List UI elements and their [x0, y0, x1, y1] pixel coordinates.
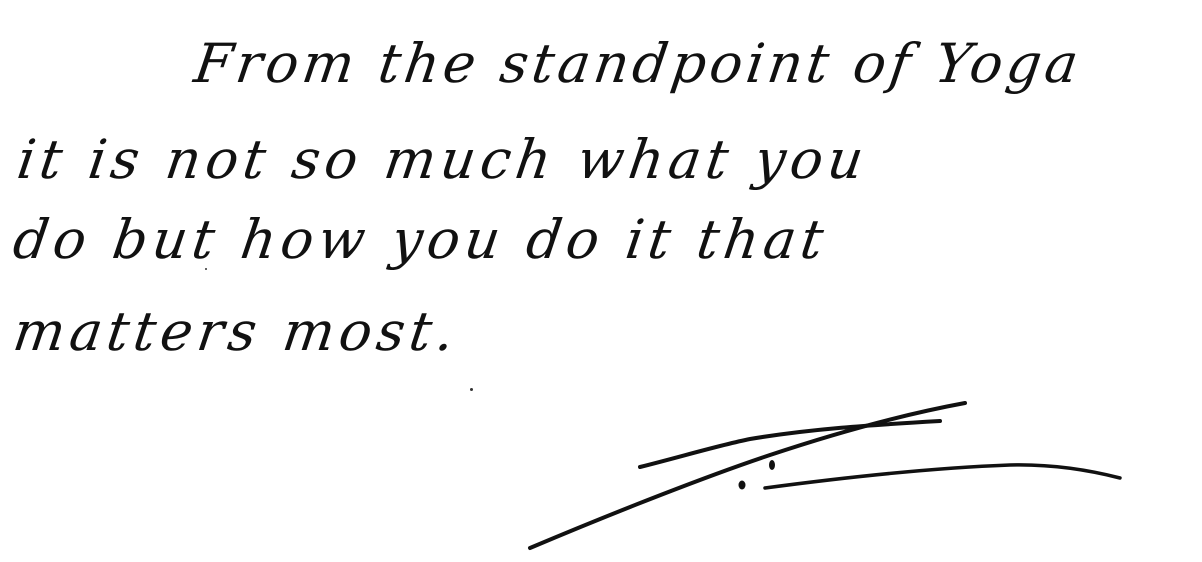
- handwritten-note-page: From the standpoint of Yoga it is not so…: [0, 0, 1202, 562]
- note-line-4: matters most.: [10, 300, 464, 363]
- note-line-2: it is not so much what you: [14, 128, 873, 191]
- note-line-3: do but how you do it that: [10, 208, 833, 271]
- note-line-1: From the standpoint of Yoga: [191, 32, 1086, 95]
- signature-icon: [510, 395, 1150, 560]
- ink-speck: [205, 268, 207, 270]
- ink-speck: [470, 388, 473, 391]
